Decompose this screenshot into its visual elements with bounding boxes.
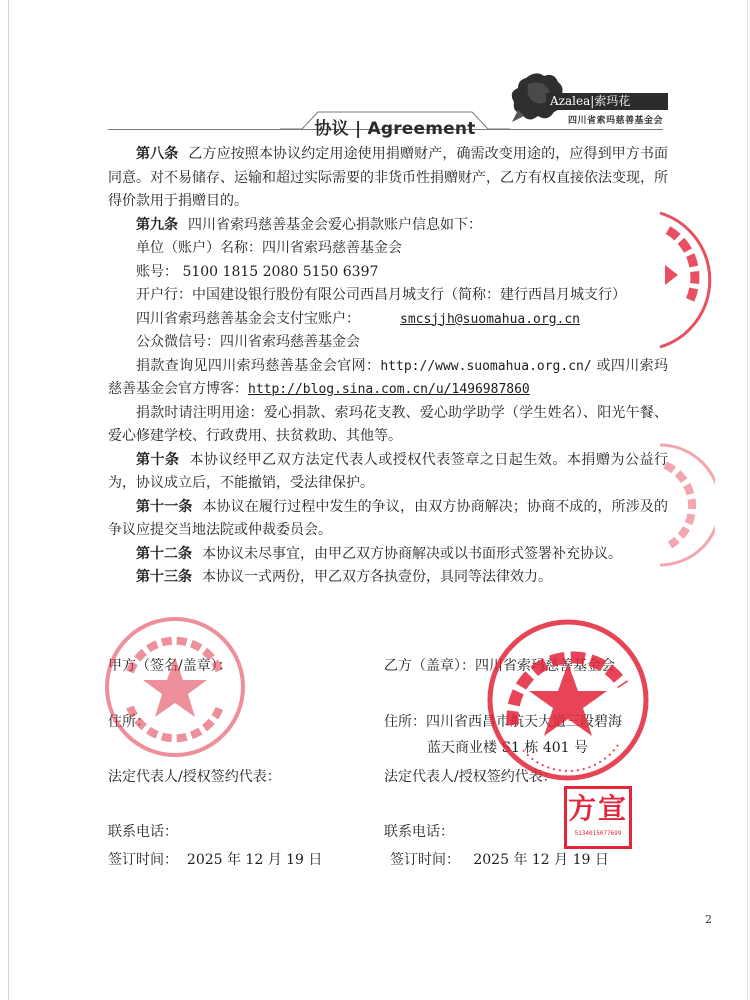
article-label: 第十一条 [136, 499, 192, 515]
bank-name: 中国建设银行股份有限公司西昌月城支行（简称：建行西昌月城支行） [192, 287, 626, 303]
logo-org-name: 四川省索玛慈善基金会 [568, 113, 663, 126]
article-label: 第十条 [136, 452, 180, 468]
seal-number: 5134015077699 [567, 829, 629, 839]
page-number: 2 [705, 913, 712, 926]
query-text: 捐款查询见四川索玛慈善基金会官网： [136, 358, 380, 374]
page-title: 协议 | Agreement [305, 114, 485, 139]
account-name: 四川省索玛慈善基金会 [262, 240, 402, 256]
article-text: 本协议一式两份，甲乙双方各执壹份，具同等法律效力。 [202, 569, 552, 585]
party-b-address-label: 住所： [384, 714, 426, 730]
wechat-account: 四川省索玛慈善基金会 [220, 334, 360, 350]
party-a-date: 签订时间： 2025 年 12 月 19 日 [108, 849, 322, 869]
account-number: 5100 1815 2080 5150 6397 [182, 264, 378, 280]
party-b-foundation-seal [483, 615, 653, 785]
article-label: 第十三条 [136, 569, 192, 585]
party-b-date-label: 签订时间： [390, 852, 460, 868]
agreement-body: 第八条乙方应按照本协议约定用途使用捐赠财产，确需改变用途的，应得到甲方书面同意。… [108, 143, 668, 590]
party-a-rep-label: 法定代表人/授权签约代表： [108, 766, 281, 786]
partial-seal-faded [655, 440, 715, 570]
account-number-line: 账号： 5100 1815 2080 5150 6397 [108, 261, 668, 285]
wechat-label: 公众微信号： [136, 334, 220, 350]
seal-name-text: 方宣 [567, 789, 629, 829]
bank-label: 开户行： [136, 287, 192, 303]
article-text: 本协议未尽事宜，由甲乙双方协商解决或以书面形式签署补充协议。 [202, 546, 622, 562]
partial-seal-right [650, 205, 730, 355]
account-name-label: 单位（账户）名称： [136, 240, 262, 256]
alipay-line: 四川省索玛慈善基金会支付宝账户：smcsjjh@suomahua.org.cn [108, 308, 668, 332]
account-number-label: 账号： [136, 264, 178, 280]
article-text: 本协议在履行过程中发生的争议，由双方协商解决；协商不成的，所涉及的争议应提交当地… [108, 499, 668, 539]
article-label: 第八条 [136, 146, 178, 162]
alipay-label: 四川省索玛慈善基金会支付宝账户： [136, 311, 360, 327]
page-edge [747, 0, 748, 1000]
alipay-account-link[interactable]: smcsjjh@suomahua.org.cn [400, 312, 580, 327]
wechat-line: 公众微信号：四川省索玛慈善基金会 [108, 331, 668, 355]
article-9: 第九条四川省索玛慈善基金会爱心捐款账户信息如下： [108, 214, 668, 238]
article-text: 乙方应按照本协议约定用途使用捐赠财产，确需改变用途的，应得到甲方书面同意。对不易… [108, 146, 668, 209]
party-b-date-value: 2025 年 12 月 19 日 [473, 852, 609, 868]
party-a-date-label: 签订时间： [108, 852, 178, 868]
article-11: 第十一条本协议在履行过程中发生的争议，由双方协商解决；协商不成的，所涉及的争议应… [108, 496, 668, 543]
logo-brand: Azalea|索玛花 [546, 93, 668, 110]
party-b-date: 签订时间： 2025 年 12 月 19 日 [390, 849, 609, 869]
article-text: 四川省索玛慈善基金会爱心捐款账户信息如下： [188, 217, 482, 233]
purpose-text: 捐款时请注明用途：爱心捐款、索玛花支教、爱心助学助学（学生姓名）、阳光午餐、爱心… [108, 405, 668, 445]
blog-link[interactable]: http://blog.sina.com.cn/u/1496987860 [248, 382, 530, 397]
article-8: 第八条乙方应按照本协议约定用途使用捐赠财产，确需改变用途的，应得到甲方书面同意。… [108, 143, 668, 214]
article-10: 第十条本协议经甲乙双方法定代表人或授权代表签章之日起生效。本捐赠为公益行为，协议… [108, 449, 668, 496]
account-name-line: 单位（账户）名称：四川省索玛慈善基金会 [108, 237, 668, 261]
personal-name-seal: 方宣 5134015077699 [564, 786, 632, 849]
page-edge [8, 0, 9, 1000]
article-12: 第十二条本协议未尽事宜，由甲乙双方协商解决或以书面形式签署补充协议。 [108, 543, 668, 567]
party-a-date-value: 2025 年 12 月 19 日 [187, 852, 323, 868]
article-text: 本协议经甲乙双方法定代表人或授权代表签章之日起生效。本捐赠为公益行为，协议成立后… [108, 452, 668, 492]
article-label: 第十二条 [136, 546, 192, 562]
article-label: 第九条 [136, 217, 178, 233]
title-tab: 协议 | Agreement [305, 112, 485, 138]
purpose-line: 捐款时请注明用途：爱心捐款、索玛花支教、爱心助学助学（学生姓名）、阳光午餐、爱心… [108, 402, 668, 449]
article-13: 第十三条本协议一式两份，甲乙双方各执壹份，具同等法律效力。 [108, 566, 668, 590]
bank-line: 开户行：中国建设银行股份有限公司西昌月城支行（简称：建行西昌月城支行） [108, 284, 668, 308]
query-line: 捐款查询见四川索玛慈善基金会官网：http://www.suomahua.org… [108, 355, 668, 402]
party-b-sign-label: 乙方（盖章）： [384, 658, 475, 674]
party-a-company-seal [100, 612, 250, 762]
party-a-phone-label: 联系电话： [108, 821, 178, 841]
or-text: 或 [597, 358, 611, 374]
website-link[interactable]: http://www.suomahua.org.cn/ [380, 359, 591, 374]
foundation-logo: Azalea|索玛花 四川省索玛慈善基金会 [508, 70, 668, 130]
party-b-phone-label: 联系电话： [384, 821, 454, 841]
